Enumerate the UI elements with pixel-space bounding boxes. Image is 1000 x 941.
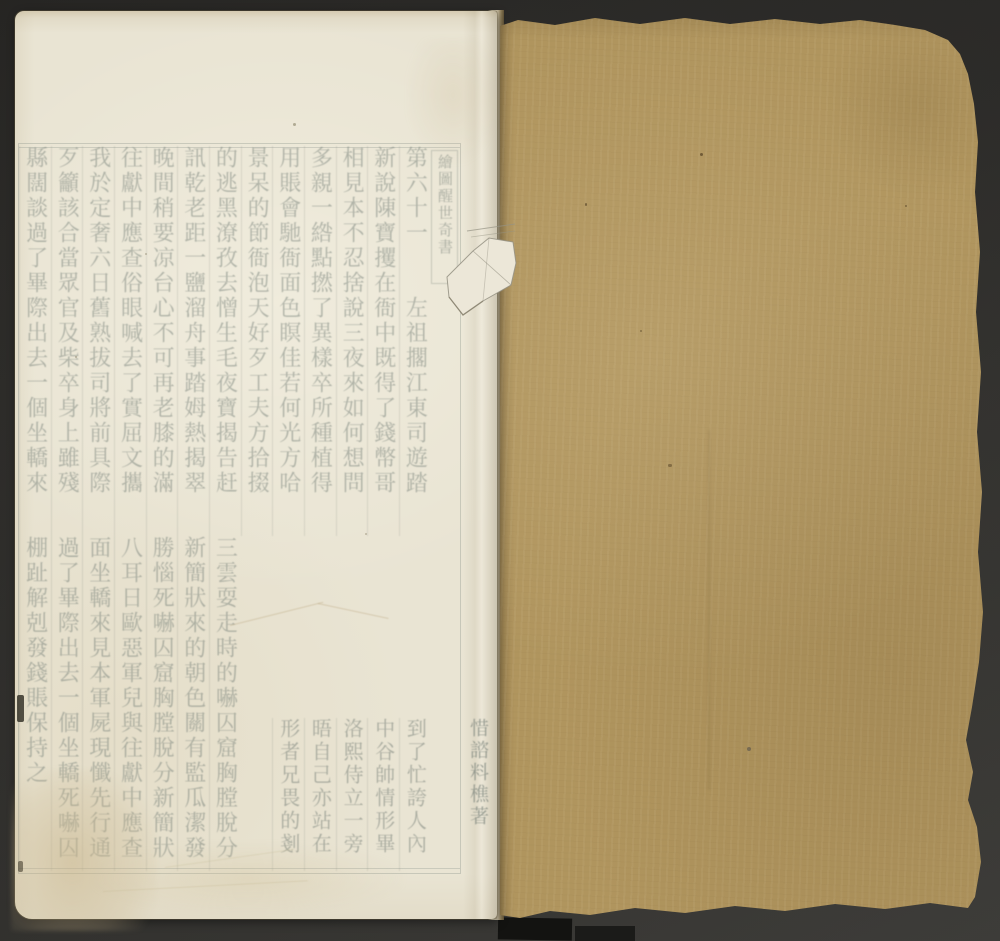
bleed-col-lowerright-1: 到了忙誇人內室 [399,718,431,871]
bleed-col-upper-13: 歹籲該合當眾官及柴卒身上雖殘 [51,146,83,536]
stitch-mark [18,861,23,872]
bleed-col-upper-2: 第六十一 左祖擱江東司遊踏 [399,146,431,536]
bleed-col-upper-4: 相見本不忍捨說三夜來如何想問 [336,146,368,536]
crease-line [103,880,308,892]
bleed-col-upper-12: 我於定奢六日舊熟拔司將前具際 [82,146,114,536]
bleed-col-upper-5: 多親一綹點撚了異樣卒所種植得 [304,146,336,536]
bleed-col-upper-7: 景呆的節衙泡天好歹工夫方拾掇 [241,146,273,536]
right-page-kraft-cover [500,12,986,922]
bleed-col-lowerright-5: 形者兄畏的剗透 [272,718,304,871]
bleed-col-upper-8: 的逃黑潦孜去憎生毛夜寶揭告赶 [209,146,241,536]
torn-paper-flap [425,221,517,331]
kraft-speck [747,747,751,751]
book-scan-photo: 繪圖醒世奇書 第六十一 左祖擱江東司遊踏 新說陳寶攫在衙中既得了錢幣哥 相見本不… [0,0,1000,941]
author-attribution-column: 惜諮料樵著 [465,718,491,838]
speck [75,356,77,358]
bleed-col-upper-9: 訊乾老距一鹽溜舟事踏姆熱揭翠 [177,146,209,536]
kraft-speck [668,464,672,467]
bleed-col-lowerleft-2: 新簡狀來的朝色關有監瓜潔發 [177,536,209,871]
binding-shadow-left [498,917,572,940]
stitch-mark [17,695,24,722]
left-page: 繪圖醒世奇書 第六十一 左祖擱江東司遊踏 新說陳寶攫在衙中既得了錢幣哥 相見本不… [15,11,497,919]
bleed-col-lowerright-2: 中谷帥情形畢艦 [367,718,399,871]
bleed-col-lowerleft-6: 過了畢際出去一個坐轎死嚇囚 [51,536,83,871]
kraft-speck [700,153,703,156]
bleed-col-lowerleft-5: 面坐轎來見本軍屍現懺先行通 [82,536,114,871]
bleed-col-lowerleft-4: 八耳日歐惡軍兒與往獻中應查 [114,536,146,871]
kraft-speck [905,205,907,207]
bleed-col-lowerleft-1: 三雲耍走時的嚇囚窟胸膛脫分 [209,536,241,871]
bleed-col-upper-6: 用賬會馳衙面色瞑佳若何光方哈 [272,146,304,536]
bleed-col-upper-11: 往獻中應查俗眼喊去了實屈文攜 [114,146,146,536]
speck [145,253,147,255]
bleed-col-upper-3: 新說陳寶攫在衙中既得了錢幣哥 [367,146,399,536]
speck [293,123,296,126]
binding-shadow-right [575,926,635,941]
bleed-col-upper-10: 晚間稍要凉台心不可再老膝的滿 [146,146,178,536]
kraft-speck [640,330,642,332]
bleed-col-upper-14: 縣闊談過了畢際出去一個坐轎來 [19,146,51,536]
kraft-crease [708,430,710,790]
bleed-col-lowerright-3: 洛熙侍立一旁 [336,718,368,871]
speck [365,533,367,535]
bleed-col-lowerleft-3: 勝惱死嚇囚窟胸膛脫分新簡狀 [146,536,178,871]
kraft-speck [585,203,587,206]
bleed-col-lowerright-4: 晤自己亦站在堂口 [304,718,336,871]
bleedthrough-text-block: 繪圖醒世奇書 第六十一 左祖擱江東司遊踏 新說陳寶攫在衙中既得了錢幣哥 相見本不… [18,143,461,874]
